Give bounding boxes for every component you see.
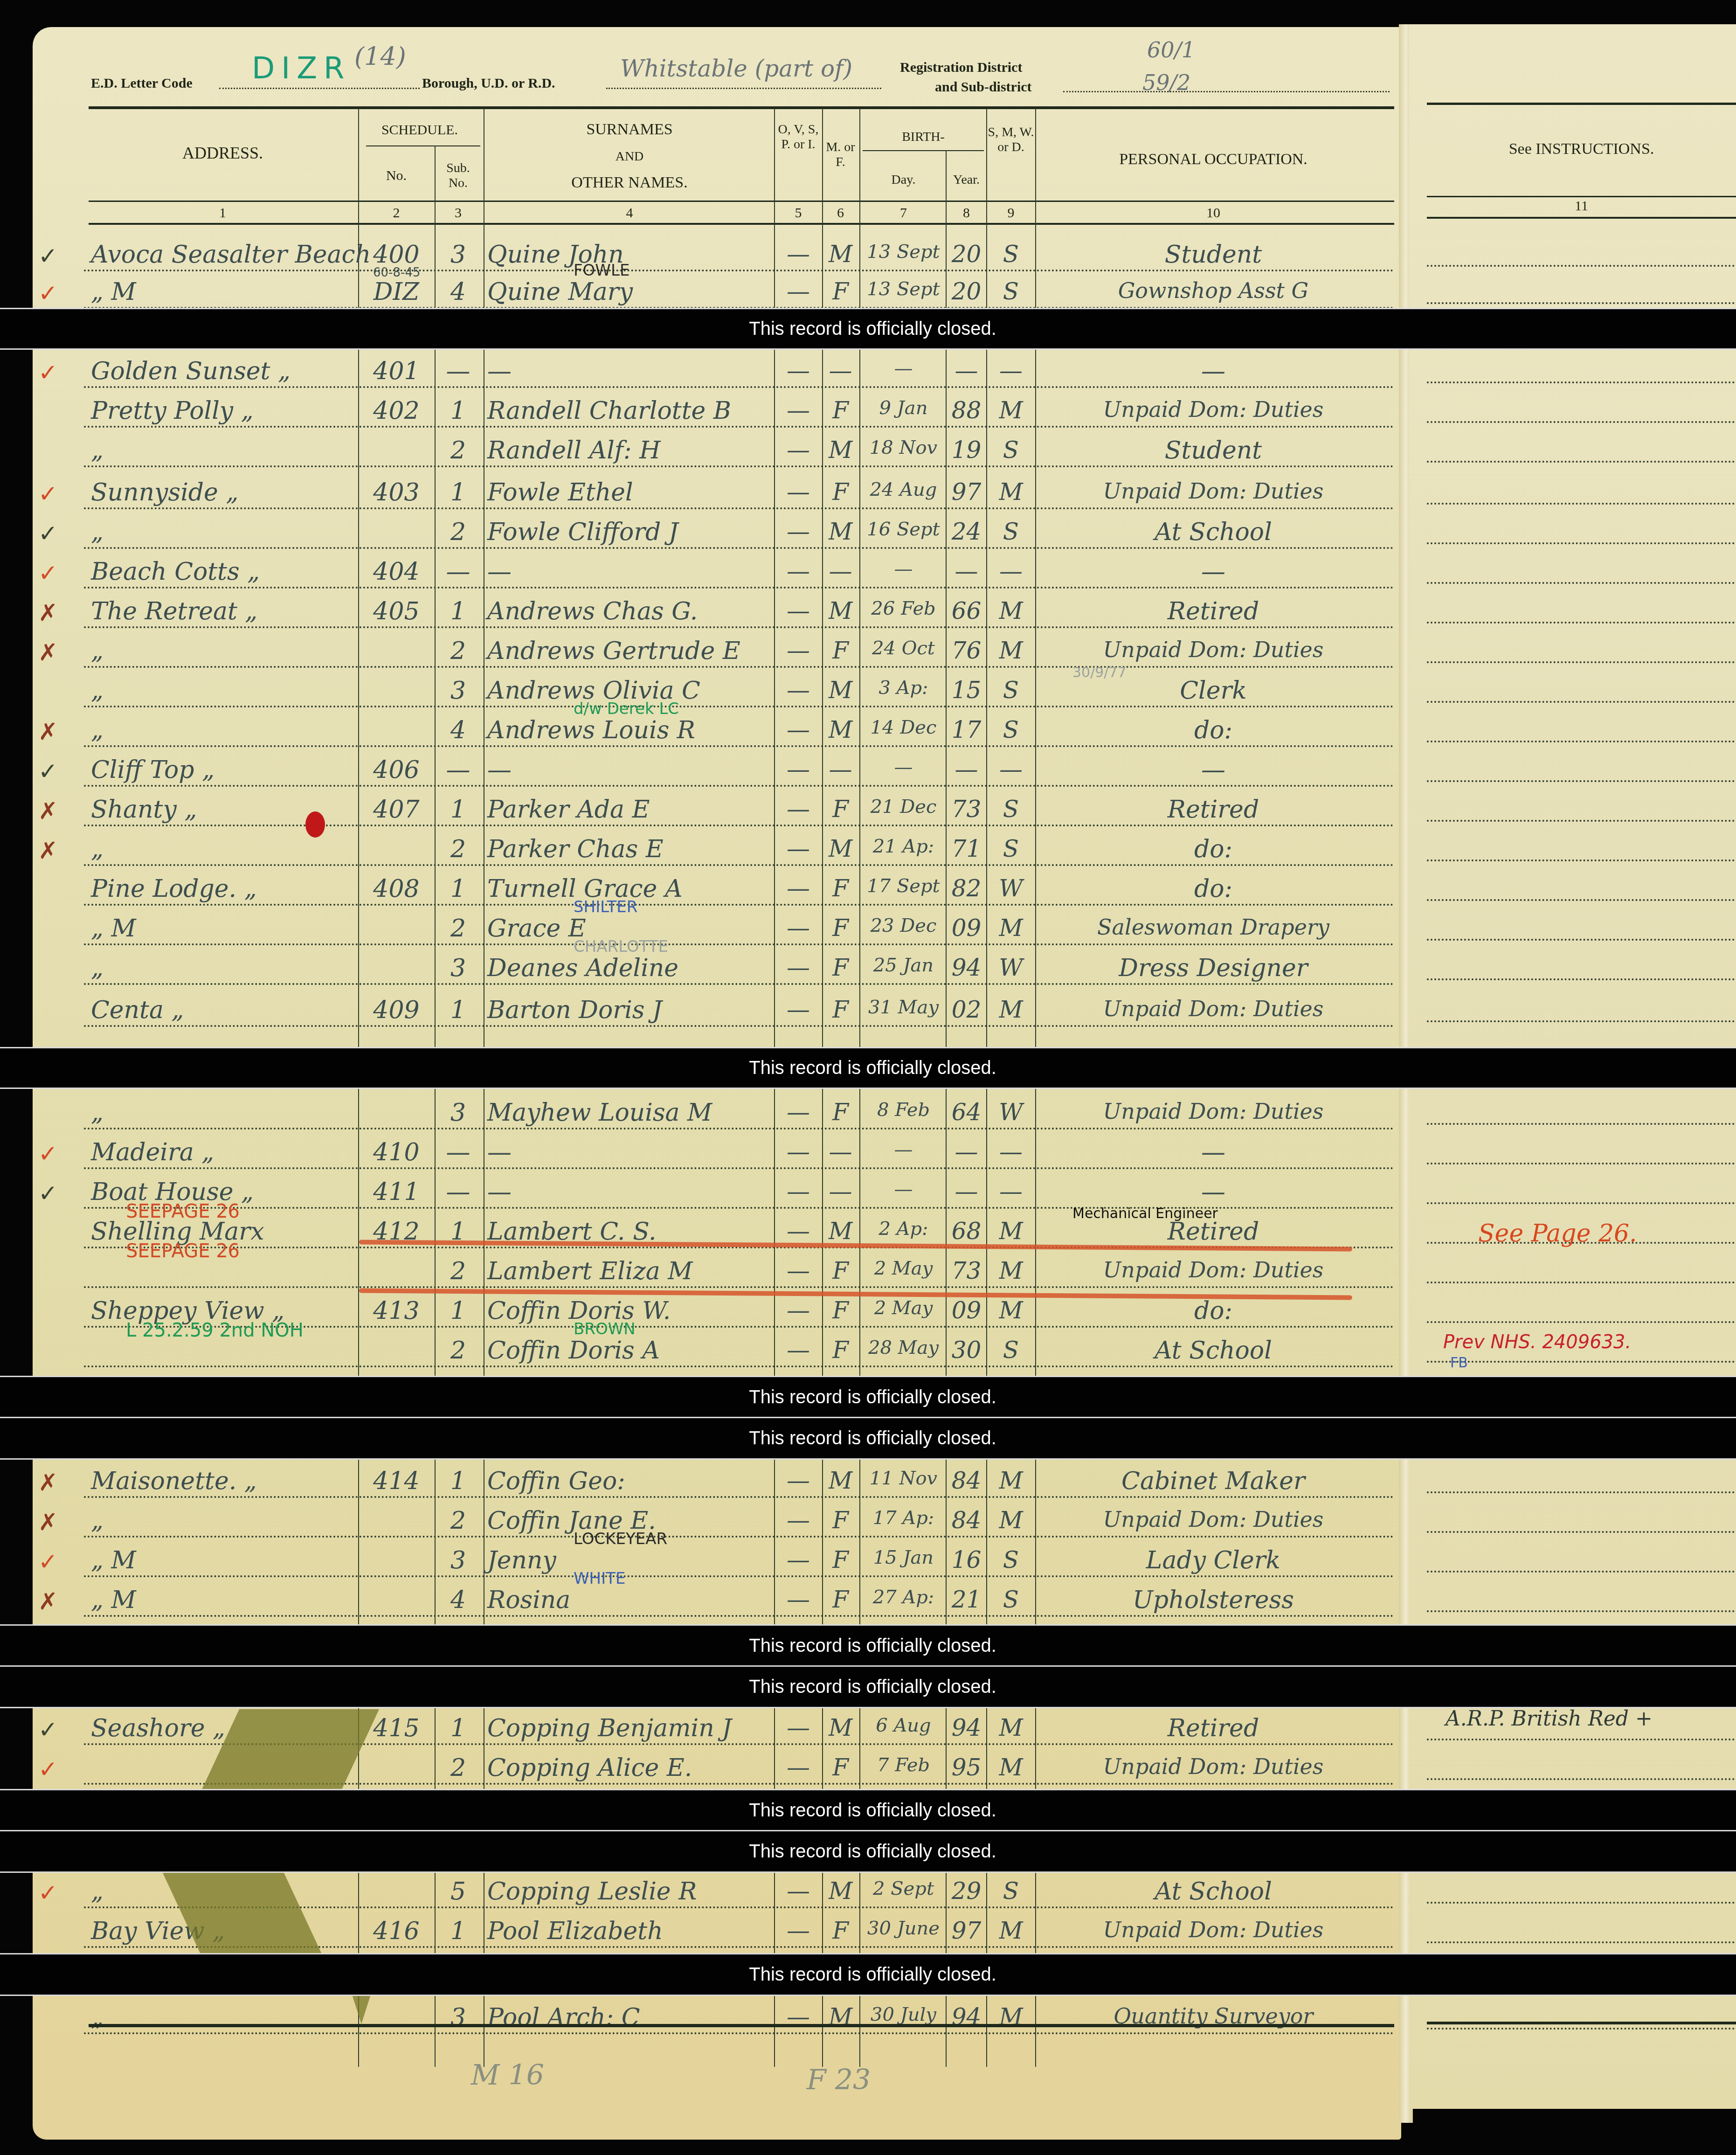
record-sched: 400 (359, 243, 434, 267)
record-day: 17 Sept (860, 877, 947, 895)
record-sched: 407 (359, 797, 434, 822)
record-year: 66 (947, 599, 986, 623)
record-sex: M (823, 438, 858, 462)
record-day: 3 Ap: (860, 679, 947, 697)
col-number-10: 10 (1036, 205, 1390, 221)
record-name-note: BROWN (574, 1320, 636, 1338)
record-year: — (947, 1180, 986, 1203)
row-dotted-rule-right (1427, 1361, 1735, 1363)
record-sched: 414 (359, 1469, 434, 1493)
record-day: — (860, 1140, 947, 1159)
record-sex: F (823, 1259, 858, 1282)
col-header-year: Year. (947, 173, 986, 187)
record-sub: 3 (436, 1548, 480, 1573)
enumerator-check-mark: ✓ (38, 1716, 58, 1743)
birth-divider (863, 150, 984, 151)
borough-dotline (606, 88, 881, 89)
row-dotted-rule (84, 270, 1394, 271)
record-sub: 4 (436, 280, 480, 304)
record-sub: 3 (436, 956, 480, 980)
red-marker-dot (305, 811, 325, 838)
record-occupation: At School (1036, 1338, 1390, 1363)
see-page-note: See Page 26. (1478, 1220, 1637, 1247)
row-dotted-rule-right (1427, 859, 1735, 861)
registration-label-1: Registration District (900, 60, 1022, 76)
col-header-mf: M. or F. (823, 140, 858, 170)
record-sched: 411 (359, 1180, 434, 1204)
male-tally: M 16 (471, 2059, 544, 2092)
record-sub: 3 (436, 243, 480, 267)
record-sex: F (823, 1509, 858, 1532)
record-day: 21 Ap: (860, 837, 947, 856)
closed-record-band: This record is officially closed. (0, 1047, 1736, 1089)
record-year: 30 (947, 1338, 986, 1362)
record-day: 9 Jan (860, 399, 947, 417)
col-header-ovspi: O, V, S, P. or I. (775, 122, 822, 152)
borough-value: Whitstable (part of) (620, 55, 852, 82)
col-number-4: 4 (485, 205, 774, 221)
record-day: — (860, 560, 947, 578)
record-name-note: FOWLE (574, 261, 629, 280)
record-sub: 2 (436, 916, 480, 941)
record-sched: 410 (359, 1140, 434, 1164)
record-ovspi: — (775, 399, 822, 422)
record-name: Mayhew Louisa M (487, 1101, 772, 1125)
closed-record-band: This record is officially closed. (0, 1417, 1736, 1460)
record-status: M (988, 1756, 1034, 1779)
record-address: Pretty Polly „ (91, 399, 357, 423)
record-year: 21 (947, 1588, 986, 1611)
record-ovspi: — (775, 1259, 822, 1282)
record-name: Coffin Geo: (487, 1469, 772, 1493)
row-dotted-rule (84, 706, 1394, 707)
record-sub: 1 (436, 1919, 480, 1943)
col-number-2: 2 (359, 205, 434, 221)
record-day: 2 Sept (860, 1879, 947, 1898)
record-address: „ (91, 1509, 357, 1533)
record-address: „ (91, 639, 357, 663)
record-status: M (988, 1919, 1034, 1942)
record-sub: 4 (436, 718, 480, 742)
record-name: Copping Benjamin J (487, 1716, 772, 1740)
record-name-note: SHILTER (574, 898, 637, 916)
closed-record-band: This record is officially closed. (0, 308, 1736, 350)
record-address: Beach Cotts „ (91, 560, 357, 584)
registration-dotline (1063, 91, 1390, 92)
record-sub: 1 (436, 797, 480, 822)
record-status: M (988, 399, 1034, 422)
closed-record-text: This record is officially closed. (749, 1800, 996, 1821)
record-sex: F (823, 1919, 858, 1942)
record-sex: — (823, 1180, 858, 1203)
record-status: S (988, 797, 1034, 821)
record-day: 24 Aug (860, 480, 947, 499)
row-dotted-rule (84, 1536, 1394, 1538)
record-sub: 3 (436, 679, 480, 703)
record-address: „ (91, 837, 357, 861)
record-name-note: WHITE (574, 1569, 625, 1588)
record-sub: 1 (436, 1469, 480, 1493)
record-status: — (988, 1180, 1034, 1203)
record-ovspi: — (775, 1879, 822, 1903)
record-ovspi: — (775, 520, 822, 543)
record-ovspi: — (775, 1756, 822, 1779)
record-occupation: Retired (1036, 797, 1390, 822)
record-status: S (988, 718, 1034, 741)
row-dotted-rule-right (1427, 978, 1735, 980)
row-dotted-rule (84, 785, 1394, 787)
row-dotted-rule-right (1427, 381, 1735, 383)
record-status: M (988, 1220, 1034, 1243)
record-day: 27 Ap: (860, 1588, 947, 1607)
record-sub: — (436, 560, 480, 584)
record-address: „ (91, 679, 357, 703)
record-year: 73 (947, 1259, 986, 1282)
enumerator-check-mark: ✓ (38, 1140, 58, 1167)
record-sub: 1 (436, 399, 480, 423)
enumerator-check-mark: ✓ (38, 1548, 58, 1575)
enumerator-check-mark: ✗ (38, 1469, 58, 1496)
record-status: M (988, 1716, 1034, 1739)
ed-code-dotline (219, 88, 420, 89)
record-sex: M (823, 1879, 858, 1903)
record-year: 82 (947, 877, 986, 900)
record-sub: 4 (436, 1588, 480, 1612)
record-day: 13 Sept (860, 243, 947, 261)
col-header-occupation: PERSONAL OCCUPATION. (1036, 150, 1390, 168)
record-occupation: do: (1036, 837, 1390, 861)
row-dotted-rule-right (1427, 1202, 1735, 1204)
row-dotted-rule-right (1427, 1321, 1735, 1323)
record-status: S (988, 837, 1034, 860)
record-address: Pine Lodge. „ (91, 877, 357, 901)
row-dotted-rule-right (1427, 780, 1735, 782)
record-sub: — (436, 1180, 480, 1204)
closed-record-band: This record is officially closed. (0, 1830, 1736, 1873)
record-status: M (988, 599, 1034, 623)
record-ovspi: — (775, 599, 822, 623)
record-day: 2 May (860, 1259, 947, 1278)
record-ovspi: — (775, 1338, 822, 1362)
enumerator-check-mark: ✓ (38, 520, 58, 547)
record-sex: M (823, 1220, 858, 1243)
record-occupation: Student (1036, 243, 1390, 267)
record-name: Parker Ada E (487, 797, 772, 822)
record-name: Barton Doris J (487, 998, 772, 1022)
record-occupation: Unpaid Dom: Duties (1036, 399, 1390, 420)
record-day: 15 Jan (860, 1548, 947, 1567)
record-sex: M (823, 243, 858, 266)
row-dotted-rule-right (1427, 1282, 1735, 1283)
record-status: S (988, 243, 1034, 266)
row-dotted-rule (84, 1128, 1394, 1129)
closed-record-text: This record is officially closed. (749, 1387, 996, 1408)
registration-value-1: 60/1 (1147, 37, 1195, 62)
record-ovspi: — (775, 1469, 822, 1492)
col-number-9: 9 (988, 205, 1034, 221)
record-address: „ (91, 718, 357, 742)
record-status: M (988, 1259, 1034, 1282)
record-sub: 2 (436, 639, 480, 663)
record-status: S (988, 1338, 1034, 1362)
record-occupation: — (1036, 359, 1390, 383)
col-header-smwd: S, M, W. or D. (988, 125, 1034, 155)
enumerator-check-mark: ✓ (38, 480, 58, 507)
col-number-6: 6 (823, 205, 858, 221)
record-status: S (988, 1588, 1034, 1611)
record-sub: — (436, 758, 480, 782)
row-dotted-rule (84, 825, 1394, 826)
record-day: — (860, 758, 947, 776)
record-ovspi: — (775, 956, 822, 979)
record-status: M (988, 1509, 1034, 1532)
record-day: — (860, 359, 947, 378)
record-occupation: Unpaid Dom: Duties (1036, 1509, 1390, 1530)
record-sched: 405 (359, 599, 434, 624)
record-status: S (988, 520, 1034, 543)
row-dotted-rule-right (1427, 461, 1735, 463)
record-sex: M (823, 679, 858, 702)
record-day: 25 Jan (860, 956, 947, 975)
row-dotted-rule-right (1427, 741, 1735, 742)
enumerator-check-mark: ✓ (38, 1180, 58, 1207)
record-sched: 409 (359, 998, 434, 1022)
record-name: Andrews Gertrude E (487, 639, 772, 663)
record-year: 29 (947, 1879, 986, 1903)
record-occupation: Upholsteress (1036, 1588, 1390, 1612)
record-occupation: Clerk (1036, 679, 1390, 703)
record-year: 09 (947, 916, 986, 940)
record-year: 94 (947, 956, 986, 979)
closed-record-text: This record is officially closed. (749, 1635, 996, 1656)
row-dotted-rule-right (1427, 1778, 1735, 1780)
row-dotted-rule (84, 426, 1394, 428)
record-name: Pool Elizabeth (487, 1919, 772, 1943)
record-occupation: do: (1036, 718, 1390, 742)
col-number-7: 7 (860, 205, 947, 221)
row-dotted-rule (84, 1286, 1394, 1288)
record-year: 84 (947, 1469, 986, 1492)
enumerator-check-mark: ✗ (38, 1588, 58, 1615)
record-status: M (988, 1299, 1034, 1322)
record-day: 11 Nov (860, 1469, 947, 1488)
record-ovspi: — (775, 243, 822, 266)
record-sex: F (823, 916, 858, 940)
record-occupation: Dress Designer (1036, 956, 1390, 980)
record-name: — (487, 1140, 772, 1164)
record-year: — (947, 758, 986, 781)
row-dotted-rule (84, 626, 1394, 628)
record-ovspi: — (775, 1299, 822, 1322)
record-year: 76 (947, 639, 986, 662)
record-name: Randell Charlotte B (487, 399, 772, 423)
row-dotted-rule-right (1427, 1902, 1735, 1904)
record-occupation: — (1036, 758, 1390, 782)
record-name: — (487, 758, 772, 782)
record-day: 23 Dec (860, 916, 947, 935)
ed-letter-code-stamp: DIZR (252, 51, 351, 86)
record-day: 17 Ap: (860, 1509, 947, 1527)
row-dotted-rule-right (1427, 820, 1735, 822)
record-sched: 402 (359, 399, 434, 423)
enumerator-check-mark: ✗ (38, 1509, 58, 1536)
borough-label: Borough, U.D. or R.D. (422, 76, 555, 91)
row-dotted-rule-right (1427, 503, 1735, 505)
record-year: 09 (947, 1299, 986, 1322)
record-ovspi: — (775, 718, 822, 741)
record-year: — (947, 1140, 986, 1164)
table-bottom-rule (89, 2024, 1394, 2027)
record-occupation: Retired (1036, 599, 1390, 624)
record-address: „ (91, 1101, 357, 1125)
row-dotted-rule-right (1427, 1739, 1735, 1740)
record-name: Quine Mary (487, 280, 772, 304)
record-year: 71 (947, 837, 986, 860)
enumerator-check-mark: ✓ (38, 1879, 58, 1906)
record-address: „ (91, 520, 357, 544)
record-year: 20 (947, 243, 986, 266)
record-sub: 2 (436, 438, 480, 463)
record-day: 8 Feb (860, 1101, 947, 1119)
record-status: S (988, 1879, 1034, 1903)
record-occupation: Student (1036, 438, 1390, 463)
record-name: Andrews Louis R (487, 718, 772, 742)
record-sched: DIZ (359, 280, 434, 304)
record-sex: F (823, 1338, 858, 1362)
record-occupation: Unpaid Dom: Duties (1036, 1756, 1390, 1777)
record-sex: M (823, 1716, 858, 1739)
enumerator-check-mark: ✓ (38, 758, 58, 785)
record-name-note: LOCKEYEAR (574, 1530, 667, 1548)
record-occupation-note: Mechanical Engineer (1072, 1206, 1218, 1222)
row-dotted-rule-right (1427, 701, 1735, 703)
record-status: M (988, 998, 1034, 1021)
closed-record-band: This record is officially closed. (0, 1953, 1736, 1996)
row-dotted-rule-right (1427, 542, 1735, 544)
record-status: W (988, 956, 1034, 979)
row-dotted-rule-right (1427, 1491, 1735, 1493)
registration-label-2: and Sub-district (935, 79, 1032, 95)
record-ovspi: — (775, 1588, 822, 1611)
row-dotted-rule-right (1427, 1020, 1735, 1022)
record-sex: F (823, 1299, 858, 1322)
closed-record-text: This record is officially closed. (749, 319, 996, 340)
closed-record-text: This record is officially closed. (749, 1058, 996, 1079)
record-day: 26 Feb (860, 599, 947, 618)
record-address: Cliff Top „ (91, 758, 357, 782)
row-dotted-rule (84, 1615, 1394, 1617)
record-day: 13 Sept (860, 280, 947, 298)
row-dotted-rule (84, 1025, 1394, 1027)
record-address: Maisonette. „ (91, 1469, 357, 1493)
record-day: 2 Ap: (860, 1220, 947, 1238)
record-occupation: — (1036, 1140, 1390, 1164)
record-status: S (988, 438, 1034, 462)
record-status: W (988, 1101, 1034, 1124)
header-bottom-rule (89, 223, 1394, 225)
fb-note: FB (1450, 1355, 1468, 1371)
record-sex: F (823, 399, 858, 422)
record-ovspi: — (775, 1509, 822, 1532)
record-name: Fowle Clifford J (487, 520, 772, 544)
record-ovspi: — (775, 837, 822, 860)
record-ovspi: — (775, 1140, 822, 1164)
record-day: 31 May (860, 998, 947, 1017)
record-name: Jenny (487, 1548, 772, 1573)
col-header-instructions: See INSTRUCTIONS. (1427, 140, 1736, 158)
record-name: — (487, 359, 772, 383)
col-header-day: Day. (860, 173, 947, 187)
record-day: 24 Oct (860, 639, 947, 658)
record-ovspi: — (775, 679, 822, 702)
record-sex: — (823, 560, 858, 583)
record-ovspi: — (775, 359, 822, 382)
record-sex: F (823, 956, 858, 979)
header-mid-rule (89, 201, 1394, 202)
record-status: — (988, 1140, 1034, 1164)
record-name: Lambert Eliza M (487, 1259, 772, 1283)
record-ovspi: — (775, 1180, 822, 1203)
record-year: 64 (947, 1101, 986, 1124)
record-sub: 1 (436, 1716, 480, 1740)
col-divider (435, 146, 436, 2067)
record-sex: F (823, 1588, 858, 1611)
col-header-birth: BIRTH- (860, 130, 986, 145)
record-status: M (988, 1469, 1034, 1492)
row-dotted-rule (84, 864, 1394, 866)
record-address: „ M (91, 280, 357, 304)
record-year: 17 (947, 718, 986, 741)
record-name: Andrews Chas G. (487, 599, 772, 624)
enumerator-check-mark: ✓ (38, 560, 58, 587)
record-sex: F (823, 1101, 858, 1124)
record-address: „ (91, 438, 357, 463)
record-sub: 2 (436, 1338, 480, 1363)
record-occupation: Retired (1036, 1716, 1390, 1740)
record-sched: 413 (359, 1299, 434, 1323)
closed-record-band: This record is officially closed. (0, 1624, 1736, 1667)
record-address: Golden Sunset „ (91, 359, 357, 383)
row-dotted-rule-right (1427, 899, 1735, 901)
record-name-note: CHARLOTTE (574, 937, 668, 956)
col-header-surnames: SURNAMES (485, 120, 774, 139)
record-sex: F (823, 280, 858, 303)
record-address: „ M (91, 1588, 357, 1612)
enumerator-check-mark: ✗ (38, 639, 58, 666)
record-occupation: Unpaid Dom: Duties (1036, 1101, 1390, 1122)
record-ovspi: — (775, 280, 822, 303)
record-occupation: Unpaid Dom: Duties (1036, 480, 1390, 502)
header-bottom-rule-right (1427, 217, 1736, 219)
record-day: 2 May (860, 1299, 947, 1317)
row-dotted-rule (84, 745, 1394, 747)
col-header-sched-sub: Sub. No. (436, 161, 480, 191)
record-day: 16 Sept (860, 520, 947, 539)
record-status: W (988, 877, 1034, 900)
record-ovspi: — (775, 877, 822, 900)
record-sex: M (823, 520, 858, 543)
record-ovspi: — (775, 1716, 822, 1739)
table-bottom-rule-right (1427, 2022, 1736, 2024)
col-header-other-names: OTHER NAMES. (485, 173, 774, 192)
record-sched: 406 (359, 758, 434, 782)
closed-record-band: This record is officially closed. (0, 1376, 1736, 1419)
record-ovspi: — (775, 797, 822, 821)
row-dotted-rule-right (1427, 622, 1735, 624)
record-sub: 1 (436, 877, 480, 901)
row-dotted-rule (84, 943, 1394, 945)
header-top-rule-right (1427, 103, 1736, 105)
